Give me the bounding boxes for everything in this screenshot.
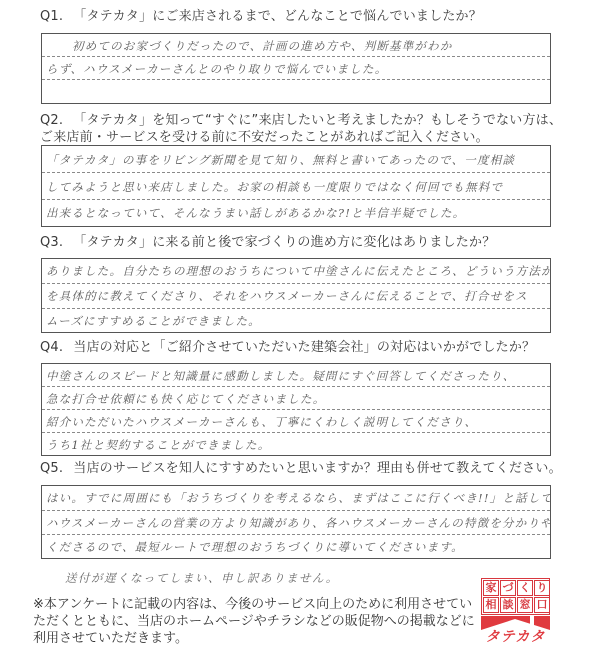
question-text: 「タテカタ」に来る前と後で家づくりの進め方に変化はありましたか？: [73, 235, 495, 250]
answer-line: くださるので、最短ルートで理想のおうちづくりに導いてくださいます。: [42, 535, 550, 557]
question-text: 当店のサービスを知人にすすめたいと思いますか？理由も併せて教えてください。: [73, 461, 562, 476]
answer-line: うち1社と契約することができました。: [42, 433, 550, 456]
answer-box-1: 初めてのお家づくりだったので、計画の進め方や、判断基準がわか らず、ハウスメーカ…: [41, 33, 551, 104]
answer-box-5: はい。すでに周囲にも「おうちづくりを考えるなら、まずはここに行くべき!!」と話し…: [41, 485, 551, 559]
answer-line: 紹介いただいたハウスメーカーさんも、丁寧にくわしく説明してくださり、: [42, 410, 550, 433]
question-text: 「タテカタ」を知って“すぐに”来店したいと考えましたか？もしそうでない方は、: [73, 113, 562, 128]
answer-line: [42, 80, 550, 103]
question-text: ご来店前・サービスを受ける前に不安だったことがあればご記入ください。: [40, 129, 562, 146]
answer-box-4: 中塗さんのスピードと知識量に感動しました。疑問にすぐ回答してくださったり、 急な…: [41, 363, 551, 456]
answer-box-2: 「タテカタ」の事をリビング新聞を見て知り、無料と書いてあったので、一度相談 して…: [41, 145, 551, 227]
answer-line: らず、ハウスメーカーさんとのやり取りで悩んでいました。: [42, 57, 550, 80]
answer-line: 初めてのお家づくりだったので、計画の進め方や、判断基準がわか: [42, 34, 550, 57]
answer-line: 中塗さんのスピードと知識量に感動しました。疑問にすぐ回答してくださったり、: [42, 364, 550, 387]
notice-line: ただくとともに、当店のホームページやチラシなどの販促物への掲載などに: [33, 613, 453, 630]
answer-line: ハウスメーカーさんの営業の方より知識があり、各ハウスメーカーさんの特徴を分かりや…: [42, 511, 550, 535]
question-number: Q1.: [40, 9, 63, 24]
logo-char: く: [517, 580, 533, 596]
logo-char: 窓: [517, 597, 533, 613]
question-1: Q1.「タテカタ」にご来店されるまで、どんなことで悩んでいましたか？: [40, 8, 482, 25]
answer-line: 出来るとなっていて、そんなうまい話しがあるかな?!と半信半疑でした。: [42, 200, 550, 226]
logo-char: 相: [483, 597, 499, 613]
logo-brand-text: タテカタ: [481, 628, 550, 646]
answer-line: はい。すでに周囲にも「おうちづくりを考えるなら、まずはここに行くべき!!」と話し…: [42, 486, 550, 511]
question-2: Q2.「タテカタ」を知って“すぐに”来店したいと考えましたか？もしそうでない方は…: [40, 112, 562, 146]
question-number: Q4.: [40, 340, 63, 355]
notice-line: ※本アンケートに記載の内容は、今後のサービス向上のために利用させてい: [33, 596, 453, 613]
answer-line: してみようと思い来店しました。お家の相談も一度限りではなく何回でも無料で: [42, 173, 550, 200]
question-3: Q3.「タテカタ」に来る前と後で家づくりの進め方に変化はありましたか？: [40, 234, 495, 251]
question-number: Q5.: [40, 461, 63, 476]
answer-line: ムーズにすすめることができました。: [42, 309, 550, 332]
house-roof-icon: タテカタ: [481, 616, 550, 648]
logo-grid: 家 づ く り 相 談 窓 口: [481, 578, 550, 615]
answer-line: を具体的に教えてくださり、それをハウスメーカーさんに伝えることで、打合せをス: [42, 284, 550, 309]
handwritten-postscript: 送付が遅くなってしまい、申し訳ありません。: [65, 570, 339, 586]
logo-char: 家: [483, 580, 499, 596]
answer-line: 急な打合せ依頼にも快く応じてくださいました。: [42, 387, 550, 410]
question-4: Q4.当店の対応と「ご紹介させていただいた建築会社」の対応はいかがでしたか？: [40, 339, 535, 356]
logo-char: 口: [534, 597, 550, 613]
usage-notice: ※本アンケートに記載の内容は、今後のサービス向上のために利用させてい ただくとと…: [33, 596, 453, 647]
notice-line: 利用させていただきます。: [33, 630, 453, 647]
logo-char: 談: [500, 597, 516, 613]
question-number: Q3.: [40, 235, 63, 250]
logo-char: づ: [500, 580, 516, 596]
logo-char: り: [534, 580, 550, 596]
tatekata-logo: 家 づ く り 相 談 窓 口 タテカタ: [481, 578, 550, 644]
answer-line: 「タテカタ」の事をリビング新聞を見て知り、無料と書いてあったので、一度相談: [42, 146, 550, 173]
question-text: 「タテカタ」にご来店されるまで、どんなことで悩んでいましたか？: [73, 9, 482, 24]
answer-box-3: ありました。自分たちの理想のおうちについて中塗さんに伝えたところ、どういう方法が…: [41, 258, 551, 333]
question-number: Q2.: [40, 113, 63, 128]
answer-line: ありました。自分たちの理想のおうちについて中塗さんに伝えたところ、どういう方法が…: [42, 259, 550, 284]
question-text: 当店の対応と「ご紹介させていただいた建築会社」の対応はいかがでしたか？: [73, 340, 535, 355]
question-5: Q5.当店のサービスを知人にすすめたいと思いますか？理由も併せて教えてください。: [40, 460, 562, 477]
